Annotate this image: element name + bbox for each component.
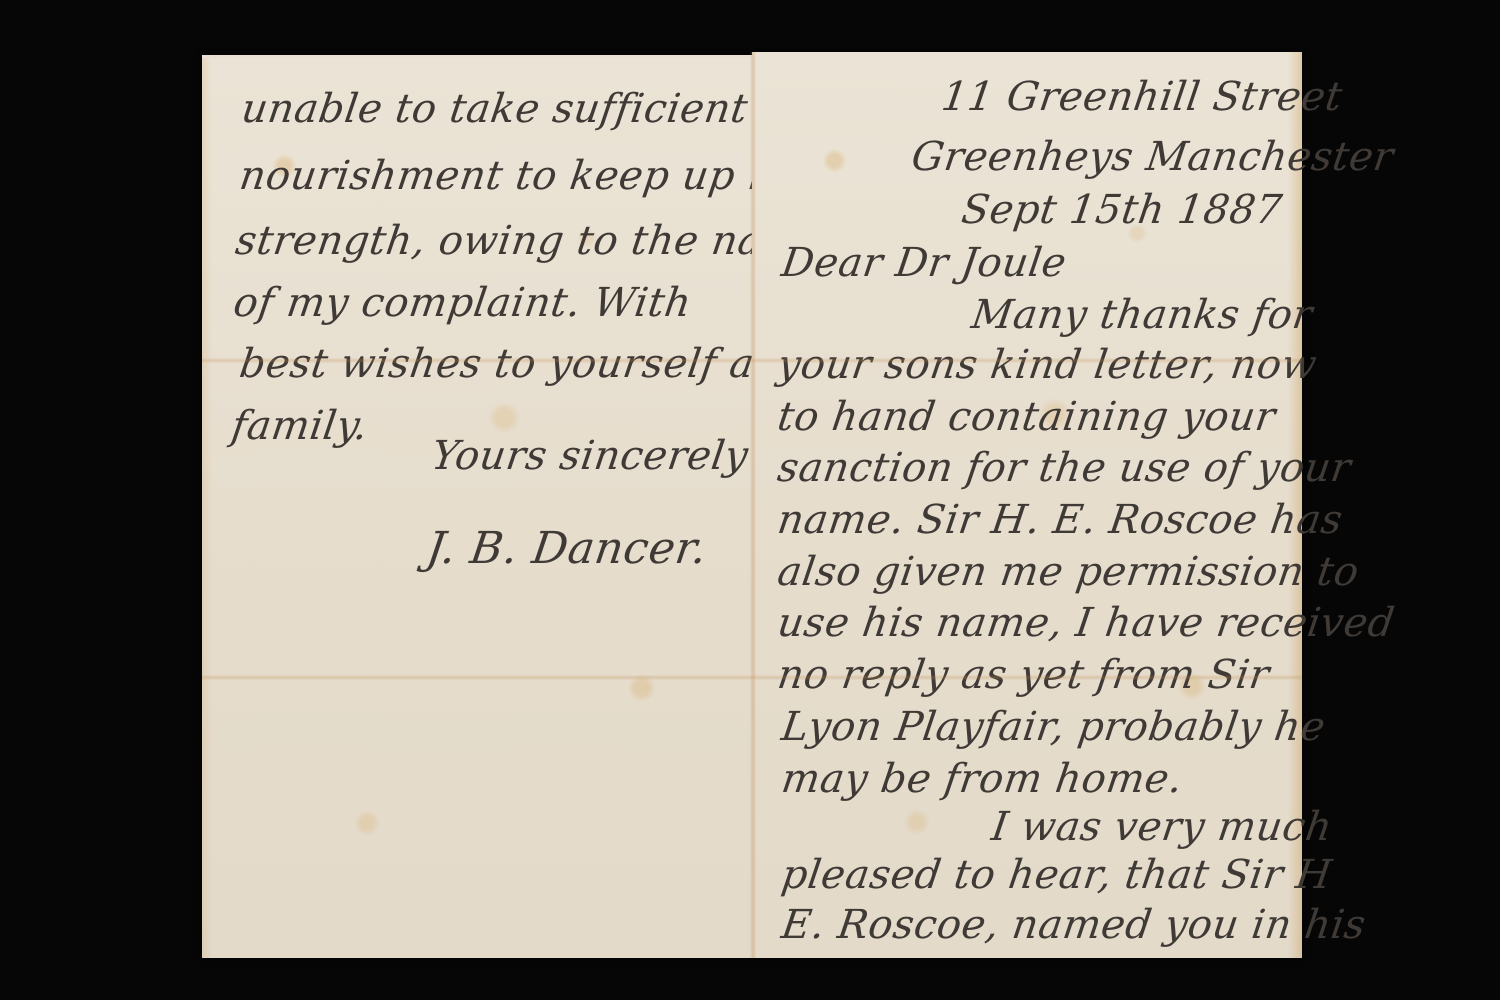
- signature: J. B. Dancer.: [423, 523, 710, 574]
- handwritten-line: I was very much: [989, 804, 1335, 850]
- handwritten-line: unable to take sufficient: [239, 86, 751, 132]
- handwritten-line: use his name, I have received: [775, 600, 1398, 646]
- letter-date: Sept 15th 1887: [959, 187, 1285, 233]
- handwritten-line: your sons kind letter, now: [775, 342, 1320, 388]
- handwritten-line: also given me permission to: [775, 549, 1362, 595]
- handwritten-line: of my complaint. With: [231, 280, 695, 326]
- handwritten-line: name. Sir H. E. Roscoe has: [775, 497, 1346, 543]
- address-line-2: Greenheys Manchester: [909, 134, 1397, 180]
- horizontal-fold-line: [202, 675, 1302, 680]
- handwritten-line: Many thanks for: [969, 292, 1316, 338]
- letter-sheet: unable to take sufficient nourishment to…: [202, 55, 1302, 958]
- photo-background: unable to take sufficient nourishment to…: [0, 0, 1500, 1000]
- handwritten-line: to hand containing your: [775, 394, 1279, 440]
- horizontal-fold-line: [202, 358, 1302, 363]
- salutation: Dear Dr Joule: [779, 240, 1070, 286]
- left-page: unable to take sufficient nourishment to…: [202, 58, 752, 958]
- letter-closing: Yours sincerely: [429, 433, 751, 479]
- handwritten-line: nourishment to keep up my: [237, 153, 813, 199]
- handwritten-line: best wishes to yourself and: [237, 341, 810, 387]
- center-fold-line: [750, 52, 756, 958]
- right-page: 11 Greenhill Street Greenheys Manchester…: [752, 52, 1302, 958]
- address-line-1: 11 Greenhill Street: [939, 74, 1346, 120]
- paper-edge-stain: [202, 58, 212, 958]
- handwritten-line: family.: [229, 403, 371, 449]
- handwritten-line: E. Roscoe, named you in his: [779, 902, 1369, 948]
- handwritten-line: sanction for the use of your: [775, 445, 1354, 491]
- handwritten-line: may be from home.: [779, 756, 1186, 802]
- handwritten-line: Lyon Playfair, probably he: [779, 704, 1329, 750]
- handwritten-line: pleased to hear, that Sir H: [779, 852, 1335, 898]
